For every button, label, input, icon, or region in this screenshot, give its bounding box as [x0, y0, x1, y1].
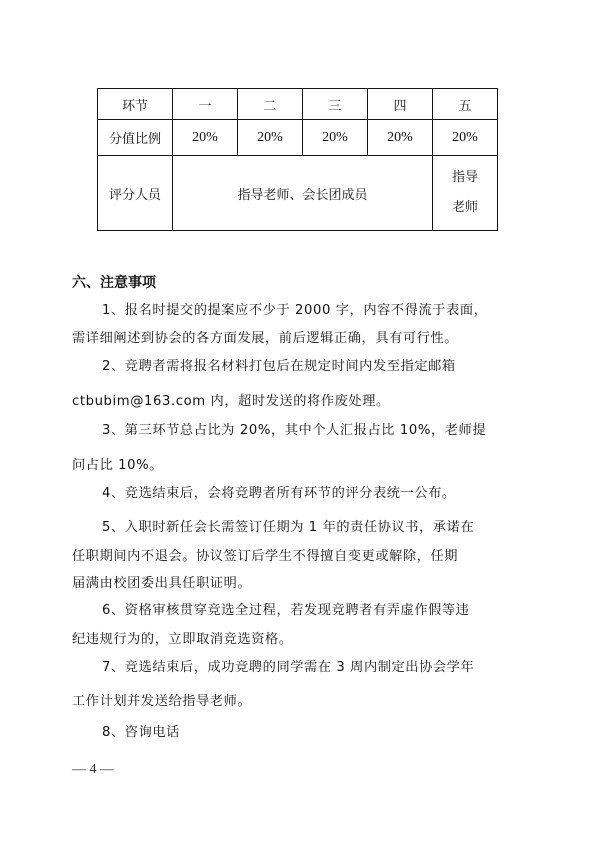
- table-row-stages: 环节 一 二 三 四 五: [98, 89, 498, 120]
- note-8: 8、咨询电话: [102, 721, 180, 740]
- note-5-line-2: 任职期间内不退会。协议签订后学生不得擅自变更或解除，任期: [72, 545, 458, 564]
- reviewers-stage-5-line1: 指导: [433, 163, 497, 193]
- stage-1: 一: [173, 89, 238, 120]
- row-label-ratio: 分值比例: [98, 120, 173, 156]
- ratio-5: 20%: [433, 120, 498, 156]
- note-2-line-1: 2、竞聘者需将报名材料打包后在规定时间内发至指定邮箱: [102, 355, 456, 374]
- ratio-3: 20%: [303, 120, 368, 156]
- row-label-reviewers: 评分人员: [98, 156, 173, 231]
- ratio-2: 20%: [238, 120, 303, 156]
- page-number: — 4 —: [72, 762, 114, 778]
- note-6-line-1: 6、资格审核贯穿竞选全过程，若发现竞聘者有弄虚作假等违: [102, 599, 469, 618]
- note-5-line-1: 5、入职时新任会长需签订任期为 1 年的责任协议书，承诺在: [102, 516, 474, 535]
- note-2-line-2: ctbubim@163.com 内，超时发送的将作废处理。: [72, 390, 390, 409]
- scoring-table: 环节 一 二 三 四 五 分值比例 20% 20% 20% 20% 20% 评分…: [97, 88, 498, 231]
- note-4: 4、竞选结束后，会将竞聘者所有环节的评分表统一公布。: [102, 482, 456, 501]
- note-7-line-2: 工作计划并发送给指导老师。: [72, 690, 251, 709]
- section-heading: 六、注意事项: [72, 272, 156, 292]
- ratio-1: 20%: [173, 120, 238, 156]
- note-3-line-2: 问占比 10%。: [72, 454, 163, 473]
- note-7-line-1: 7、竞选结束后，成功竞聘的同学需在 3 周内制定出协会学年: [102, 656, 474, 675]
- ratio-4: 20%: [368, 120, 433, 156]
- table-row-reviewers: 评分人员 指导老师、会长团成员 指导 老师: [98, 156, 498, 231]
- stage-5: 五: [433, 89, 498, 120]
- stage-4: 四: [368, 89, 433, 120]
- reviewers-stage-5-line2: 老师: [433, 193, 497, 223]
- table-row-ratios: 分值比例 20% 20% 20% 20% 20%: [98, 120, 498, 156]
- note-1-line-1: 1、报名时提交的提案应不少于 2000 字，内容不得流于表面，: [102, 299, 487, 318]
- note-5-line-3: 届满由校团委出具任职证明。: [72, 572, 251, 591]
- stage-2: 二: [238, 89, 303, 120]
- note-1-line-2: 需详细阐述到协会的各方面发展，前后逻辑正确，具有可行性。: [72, 327, 458, 346]
- reviewers-stage-5: 指导 老师: [433, 156, 498, 231]
- stage-3: 三: [303, 89, 368, 120]
- row-label-stage: 环节: [98, 89, 173, 120]
- note-3-line-1: 3、第三环节总占比为 20%，其中个人汇报占比 10%，老师提: [102, 419, 486, 438]
- reviewers-stages-1-4: 指导老师、会长团成员: [173, 156, 433, 231]
- note-6-line-2: 纪违规行为的，立即取消竞选资格。: [72, 628, 293, 647]
